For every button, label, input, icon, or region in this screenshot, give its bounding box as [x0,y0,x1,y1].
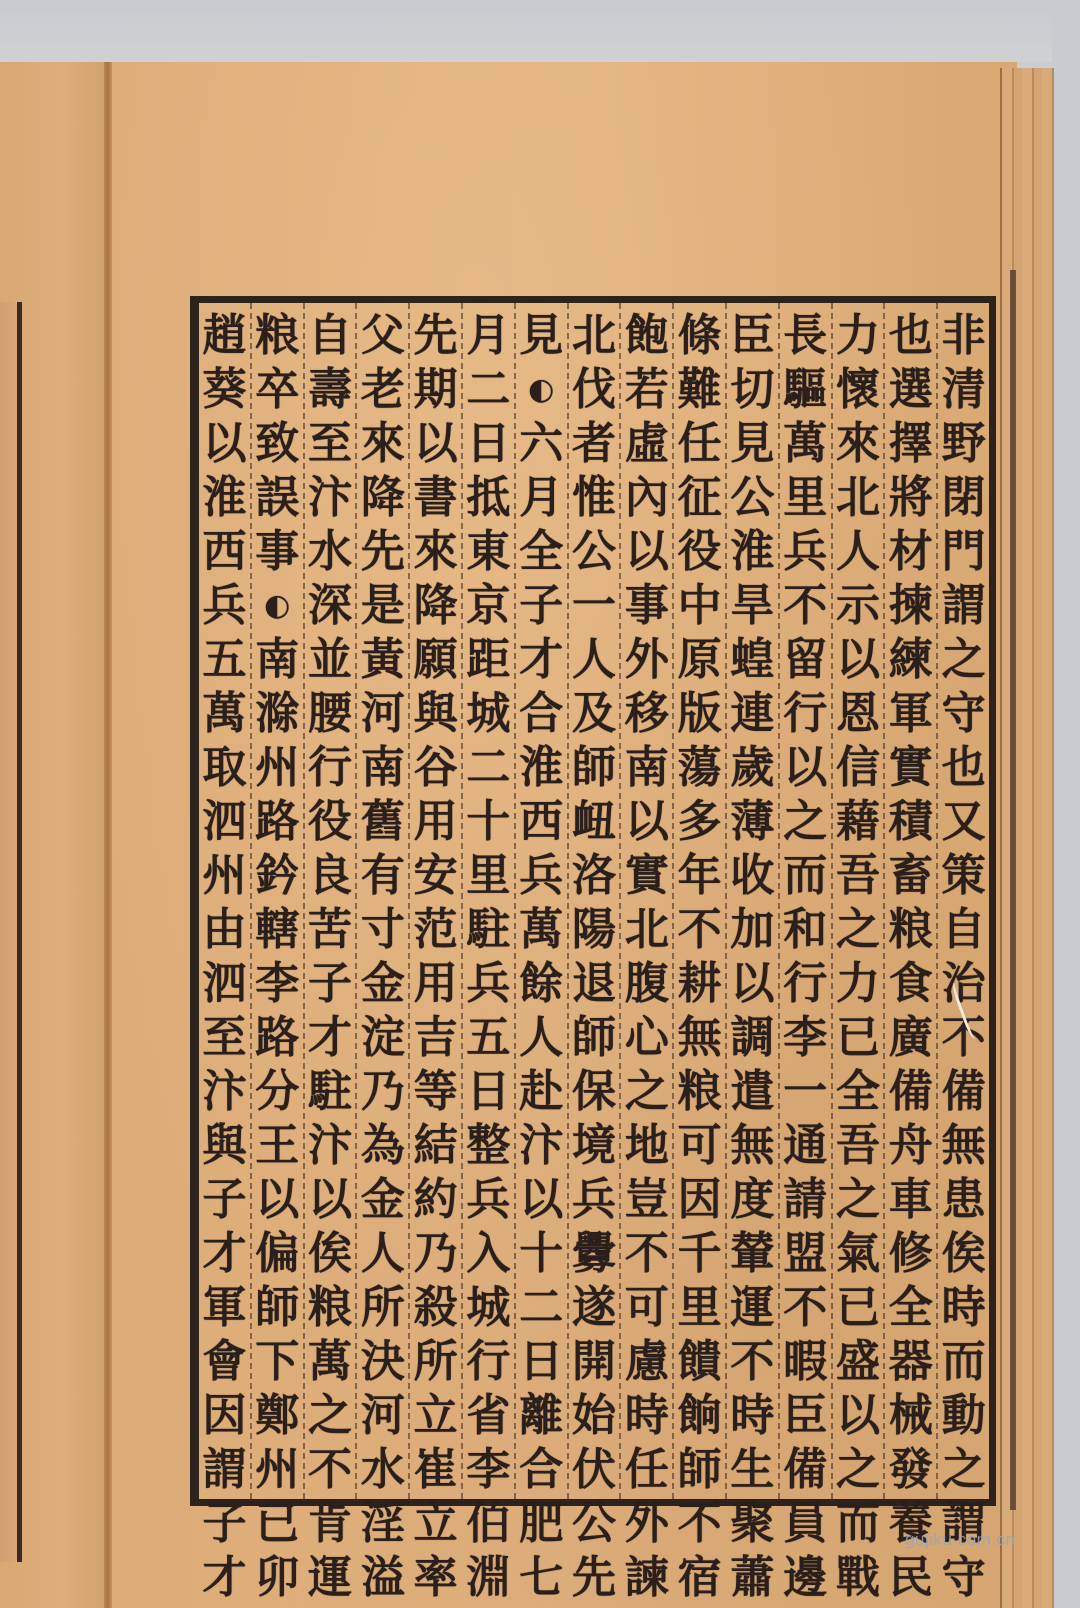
character: 械 [889,1389,933,1443]
character: 餘 [519,957,563,1011]
character: 萬 [783,417,827,471]
character: 水 [361,1443,405,1497]
character: 又 [942,795,986,849]
character: 軍 [202,1281,246,1335]
previous-page-frame-edge [0,302,22,1562]
character: 以 [308,1173,352,1227]
character: 南 [255,633,299,687]
character: 將 [889,471,933,525]
character: 吾 [836,1119,880,1173]
character: 李 [783,1011,827,1065]
character: 示 [836,579,880,633]
character: 無 [678,1011,722,1065]
page-stack-print-edge [1010,270,1016,1510]
text-column: 北伐者惟公一人及師衄洛陽退師保境兵釁遂開始伏公先 [567,303,620,1499]
character: 而 [836,1497,880,1551]
character: 省 [466,1389,510,1443]
character: 守 [942,687,986,741]
character: 謂 [942,579,986,633]
character: 葵 [202,363,246,417]
character: 北 [836,471,880,525]
character: 東 [466,525,510,579]
character: 力 [836,957,880,1011]
character: 薄 [730,795,774,849]
character: 心 [625,1011,669,1065]
character: 非 [942,309,986,363]
character: 為 [361,1119,405,1173]
character: 調 [730,1011,774,1065]
character: 而 [942,1335,986,1389]
character: 見 [519,309,563,363]
character: 信 [836,741,880,795]
character: 選 [889,363,933,417]
character: 趙 [202,309,246,363]
character: 崔 [414,1443,458,1497]
character: 立 [414,1389,458,1443]
character: 書 [414,471,458,525]
character: 泗 [202,795,246,849]
character: 一 [783,1065,827,1119]
character: 不 [730,1335,774,1389]
character: 耕 [678,957,722,1011]
character: 多 [678,795,722,849]
character: 誤 [255,471,299,525]
character: 李 [255,957,299,1011]
character: 畜 [889,849,933,903]
character: 自 [308,309,352,363]
character: 不 [783,1281,827,1335]
background-top [0,0,1080,62]
character: 殺 [414,1281,458,1335]
character: 北 [572,309,616,363]
character: 溢 [361,1551,405,1605]
character: 者 [572,417,616,471]
text-column: 趙葵以淮西兵五萬取泗州由泗至汴與子才軍會因謂子才 [199,303,250,1499]
character: 運 [308,1551,352,1605]
character: 惟 [572,471,616,525]
character: 暇 [783,1335,827,1389]
character: 兵 [466,957,510,1011]
character: 境 [572,1119,616,1173]
character: 才 [519,633,563,687]
character: 謂 [202,1443,246,1497]
character: 請 [783,1173,827,1227]
character: 致 [255,417,299,471]
character: 先 [414,309,458,363]
character: 時 [730,1389,774,1443]
character: 月 [519,471,563,525]
character: 而 [783,849,827,903]
character: 患 [942,1173,986,1227]
text-column: 力懷來北人示以恩信藉吾之力已全吾之氣已盛以之而戰 [831,303,884,1499]
character: 深 [308,579,352,633]
text-column: 見◐六月全子才合淮西兵萬餘人赴汴以十二日離合肥七 [514,303,567,1499]
character: 用 [414,957,458,1011]
character: 城 [466,1281,510,1335]
character: 已 [836,1281,880,1335]
character: 卒 [255,363,299,417]
character: 壽 [308,363,352,417]
character: 守 [942,1551,986,1605]
character: 開 [572,1335,616,1389]
character: 十 [466,795,510,849]
character: 離 [519,1389,563,1443]
character: 以 [519,1173,563,1227]
character: 邊 [783,1551,827,1605]
character: 無 [730,1119,774,1173]
character: 有 [361,849,405,903]
character: 擇 [889,417,933,471]
character: 兵 [783,525,827,579]
character: 蝗 [730,633,774,687]
character: 金 [361,957,405,1011]
character: 汴 [308,1119,352,1173]
character: 取 [202,741,246,795]
character: 鄭 [255,1389,299,1443]
character: 修 [889,1227,933,1281]
character: 外 [625,1497,669,1551]
character: 兵 [572,1173,616,1227]
character: 至 [308,417,352,471]
character: 自 [942,903,986,957]
character: 洛 [572,849,616,903]
character: 粮 [678,1065,722,1119]
character: 月 [466,309,510,363]
character: 肯 [308,1497,352,1551]
character: 若 [625,363,669,417]
character: 也 [942,741,986,795]
character: 汴 [519,1119,563,1173]
character: 子 [202,1173,246,1227]
text-column: 粮卒致誤事◐南滁州路鈐轄李路分王以偏師下鄭州已卯 [250,303,303,1499]
character: 已 [836,1011,880,1065]
character: 練 [889,633,933,687]
character: 發 [889,1443,933,1497]
character: 駐 [466,903,510,957]
character: 先 [361,525,405,579]
character: 聚 [730,1497,774,1551]
character: 條 [678,309,722,363]
character: 虛 [625,417,669,471]
character: 吉 [414,1011,458,1065]
character: 至 [202,1011,246,1065]
previous-page-leaf [0,62,108,1608]
text-column: 月二日抵東京距城二十里駐兵五日整兵入城行省李伯淵 [461,303,514,1499]
character: 不 [678,1497,722,1551]
character: 淀 [361,1011,405,1065]
character: 水 [308,525,352,579]
character: 以 [783,741,827,795]
character: 願 [414,633,458,687]
character: 河 [361,1389,405,1443]
character: 淫 [361,1497,405,1551]
character: 與 [202,1119,246,1173]
character: 腹 [625,957,669,1011]
character: 揀 [889,579,933,633]
character: 中 [678,579,722,633]
character: 外 [625,633,669,687]
character: 范 [414,903,458,957]
character: 老 [361,363,405,417]
character: 兵 [202,579,246,633]
character: 始 [572,1389,616,1443]
character: 版 [678,687,722,741]
character: 南 [361,741,405,795]
character: 見 [730,417,774,471]
character: 盛 [836,1335,880,1389]
character: 里 [466,849,510,903]
character: 行 [783,687,827,741]
character: 懷 [836,363,880,417]
character: 清 [942,363,986,417]
character: 來 [414,525,458,579]
character: 全 [889,1281,933,1335]
character: 之 [625,1065,669,1119]
character: 粮 [889,903,933,957]
character: 卯 [255,1551,299,1605]
character: 可 [678,1119,722,1173]
character: 日 [466,417,510,471]
character: 里 [678,1281,722,1335]
character: 之 [942,633,986,687]
character: 分 [255,1065,299,1119]
character: 來 [836,417,880,471]
character: 師 [678,1443,722,1497]
character: 人 [519,1011,563,1065]
character: 七 [519,1551,563,1605]
character: 路 [255,1011,299,1065]
character: 來 [361,417,405,471]
character: 之 [836,903,880,957]
character: 和 [783,903,827,957]
character: 以 [836,1389,880,1443]
character: 並 [308,633,352,687]
character: 偏 [255,1227,299,1281]
character: 率 [414,1551,458,1605]
character: 先 [572,1551,616,1605]
character: 吾 [836,849,880,903]
character: 千 [678,1227,722,1281]
character: 距 [466,633,510,687]
page-stack-edge [1000,68,1054,1608]
character: 萬 [202,687,246,741]
character: 一 [572,579,616,633]
character: 入 [466,1227,510,1281]
character: 河 [361,687,405,741]
text-column: 長驅萬里兵不留行以之而和行李一通請盟不暇臣備員邊 [778,303,831,1499]
character: 因 [678,1173,722,1227]
character: 事 [255,525,299,579]
character: 師 [572,741,616,795]
character: 材 [889,525,933,579]
character: 路 [255,795,299,849]
character: 十 [519,1227,563,1281]
character: 年 [678,849,722,903]
character: 遂 [572,1281,616,1335]
character: 淮 [730,525,774,579]
text-block-frame: 非清野閉門謂之守也又策自治不備無患俟時而動之謂守也選擇將材揀練軍實積畜粮食廣備舟… [190,296,996,1506]
character: 汴 [308,471,352,525]
character: 諫 [625,1551,669,1605]
character: 盟 [783,1227,827,1281]
character: 車 [889,1173,933,1227]
character: 安 [414,849,458,903]
character: 五 [466,1011,510,1065]
character: 輦 [730,1227,774,1281]
character: 由 [202,903,246,957]
character: 結 [414,1119,458,1173]
character: 之 [942,1443,986,1497]
character: 舊 [361,795,405,849]
text-column: 非清野閉門謂之守也又策自治不備無患俟時而動之謂守 [936,303,989,1499]
character: 員 [783,1497,827,1551]
character: 驅 [783,363,827,417]
character: 因 [202,1389,246,1443]
character: 廣 [889,1011,933,1065]
character: 州 [255,741,299,795]
character: 腰 [308,687,352,741]
background-right [1052,0,1080,1608]
character: 不 [783,579,827,633]
character: 伏 [572,1443,616,1497]
character: 原 [678,633,722,687]
character: 淮 [202,471,246,525]
text-columns: 非清野閉門謂之守也又策自治不備無患俟時而動之謂守也選擇將材揀練軍實積畜粮食廣備舟… [199,303,989,1499]
character: 俟 [942,1227,986,1281]
character: 伯 [466,1497,510,1551]
character: 蕭 [730,1551,774,1605]
character: 日 [466,1065,510,1119]
character: 駐 [308,1065,352,1119]
character: 實 [625,849,669,903]
character: 才 [202,1227,246,1281]
character: 民 [889,1551,933,1605]
text-column: 臣切見公淮旱蝗連歲薄收加以調遣無度輦運不時生聚蕭 [725,303,778,1499]
character: 公 [572,525,616,579]
character: 二 [519,1281,563,1335]
character: 力 [836,309,880,363]
character: 州 [255,1443,299,1497]
character: 城 [466,687,510,741]
character: 餉 [678,1389,722,1443]
character: 饋 [678,1335,722,1389]
text-column: 先期以書來降願與谷用安范用吉等結約乃殺所立崔立率 [408,303,461,1499]
character: 生 [730,1443,774,1497]
character: 金 [361,1173,405,1227]
character: 任 [625,1443,669,1497]
character: 日 [519,1335,563,1389]
character: 谷 [414,741,458,795]
character: 李 [466,1443,510,1497]
character: 南 [625,741,669,795]
character: 軍 [889,687,933,741]
character: 之 [836,1443,880,1497]
section-marker-icon: ◐ [528,363,554,417]
character: 退 [572,957,616,1011]
character: 六 [519,417,563,471]
character: 人 [836,525,880,579]
character: 下 [255,1335,299,1389]
character: 役 [308,795,352,849]
character: 子 [308,957,352,1011]
character: 之 [308,1389,352,1443]
character: 二 [466,741,510,795]
character: 以 [625,525,669,579]
character: 良 [308,849,352,903]
character: 行 [466,1335,510,1389]
character: 西 [519,795,563,849]
character: 宿 [678,1551,722,1605]
character: 藉 [836,795,880,849]
character: 蕩 [678,741,722,795]
character: 師 [255,1281,299,1335]
character: 時 [625,1389,669,1443]
character: 陽 [572,903,616,957]
character: 以 [255,1173,299,1227]
character: 子 [519,579,563,633]
character: 王 [255,1119,299,1173]
character: 運 [730,1281,774,1335]
character: 京 [466,579,510,633]
character: 與 [414,687,458,741]
character: 俟 [308,1227,352,1281]
character: 衄 [572,795,616,849]
character: 北 [625,903,669,957]
character: 不 [678,903,722,957]
character: 動 [942,1389,986,1443]
character: 之 [783,795,827,849]
character: 寸 [361,903,405,957]
character: 器 [889,1335,933,1389]
character: 切 [730,363,774,417]
character: 州 [202,849,246,903]
character: 苦 [308,903,352,957]
character: 轄 [255,903,299,957]
character: 氣 [836,1227,880,1281]
character: 保 [572,1065,616,1119]
watermark: gujiku.com.cn [905,1530,1015,1550]
character: 無 [942,1119,986,1173]
character: 遣 [730,1065,774,1119]
character: 長 [783,309,827,363]
character: 兵 [466,1173,510,1227]
character: 汴 [202,1065,246,1119]
character: 連 [730,687,774,741]
character: 才 [308,1011,352,1065]
character: 不 [308,1443,352,1497]
character: 加 [730,903,774,957]
character: 釁 [572,1227,616,1281]
character: 合 [519,687,563,741]
character: 野 [942,417,986,471]
character: 征 [678,471,722,525]
character: 以 [625,795,669,849]
section-marker-icon: ◐ [264,579,290,633]
character: 等 [414,1065,458,1119]
character: 通 [783,1119,827,1173]
character: 父 [361,309,405,363]
character: 留 [783,633,827,687]
character: 戰 [836,1551,880,1605]
character: 赴 [519,1065,563,1119]
character: 之 [836,1173,880,1227]
character: 粮 [308,1281,352,1335]
character: 用 [414,795,458,849]
character: 備 [942,1065,986,1119]
character: 歲 [730,741,774,795]
character: 立 [414,1497,458,1551]
character: 乃 [361,1065,405,1119]
